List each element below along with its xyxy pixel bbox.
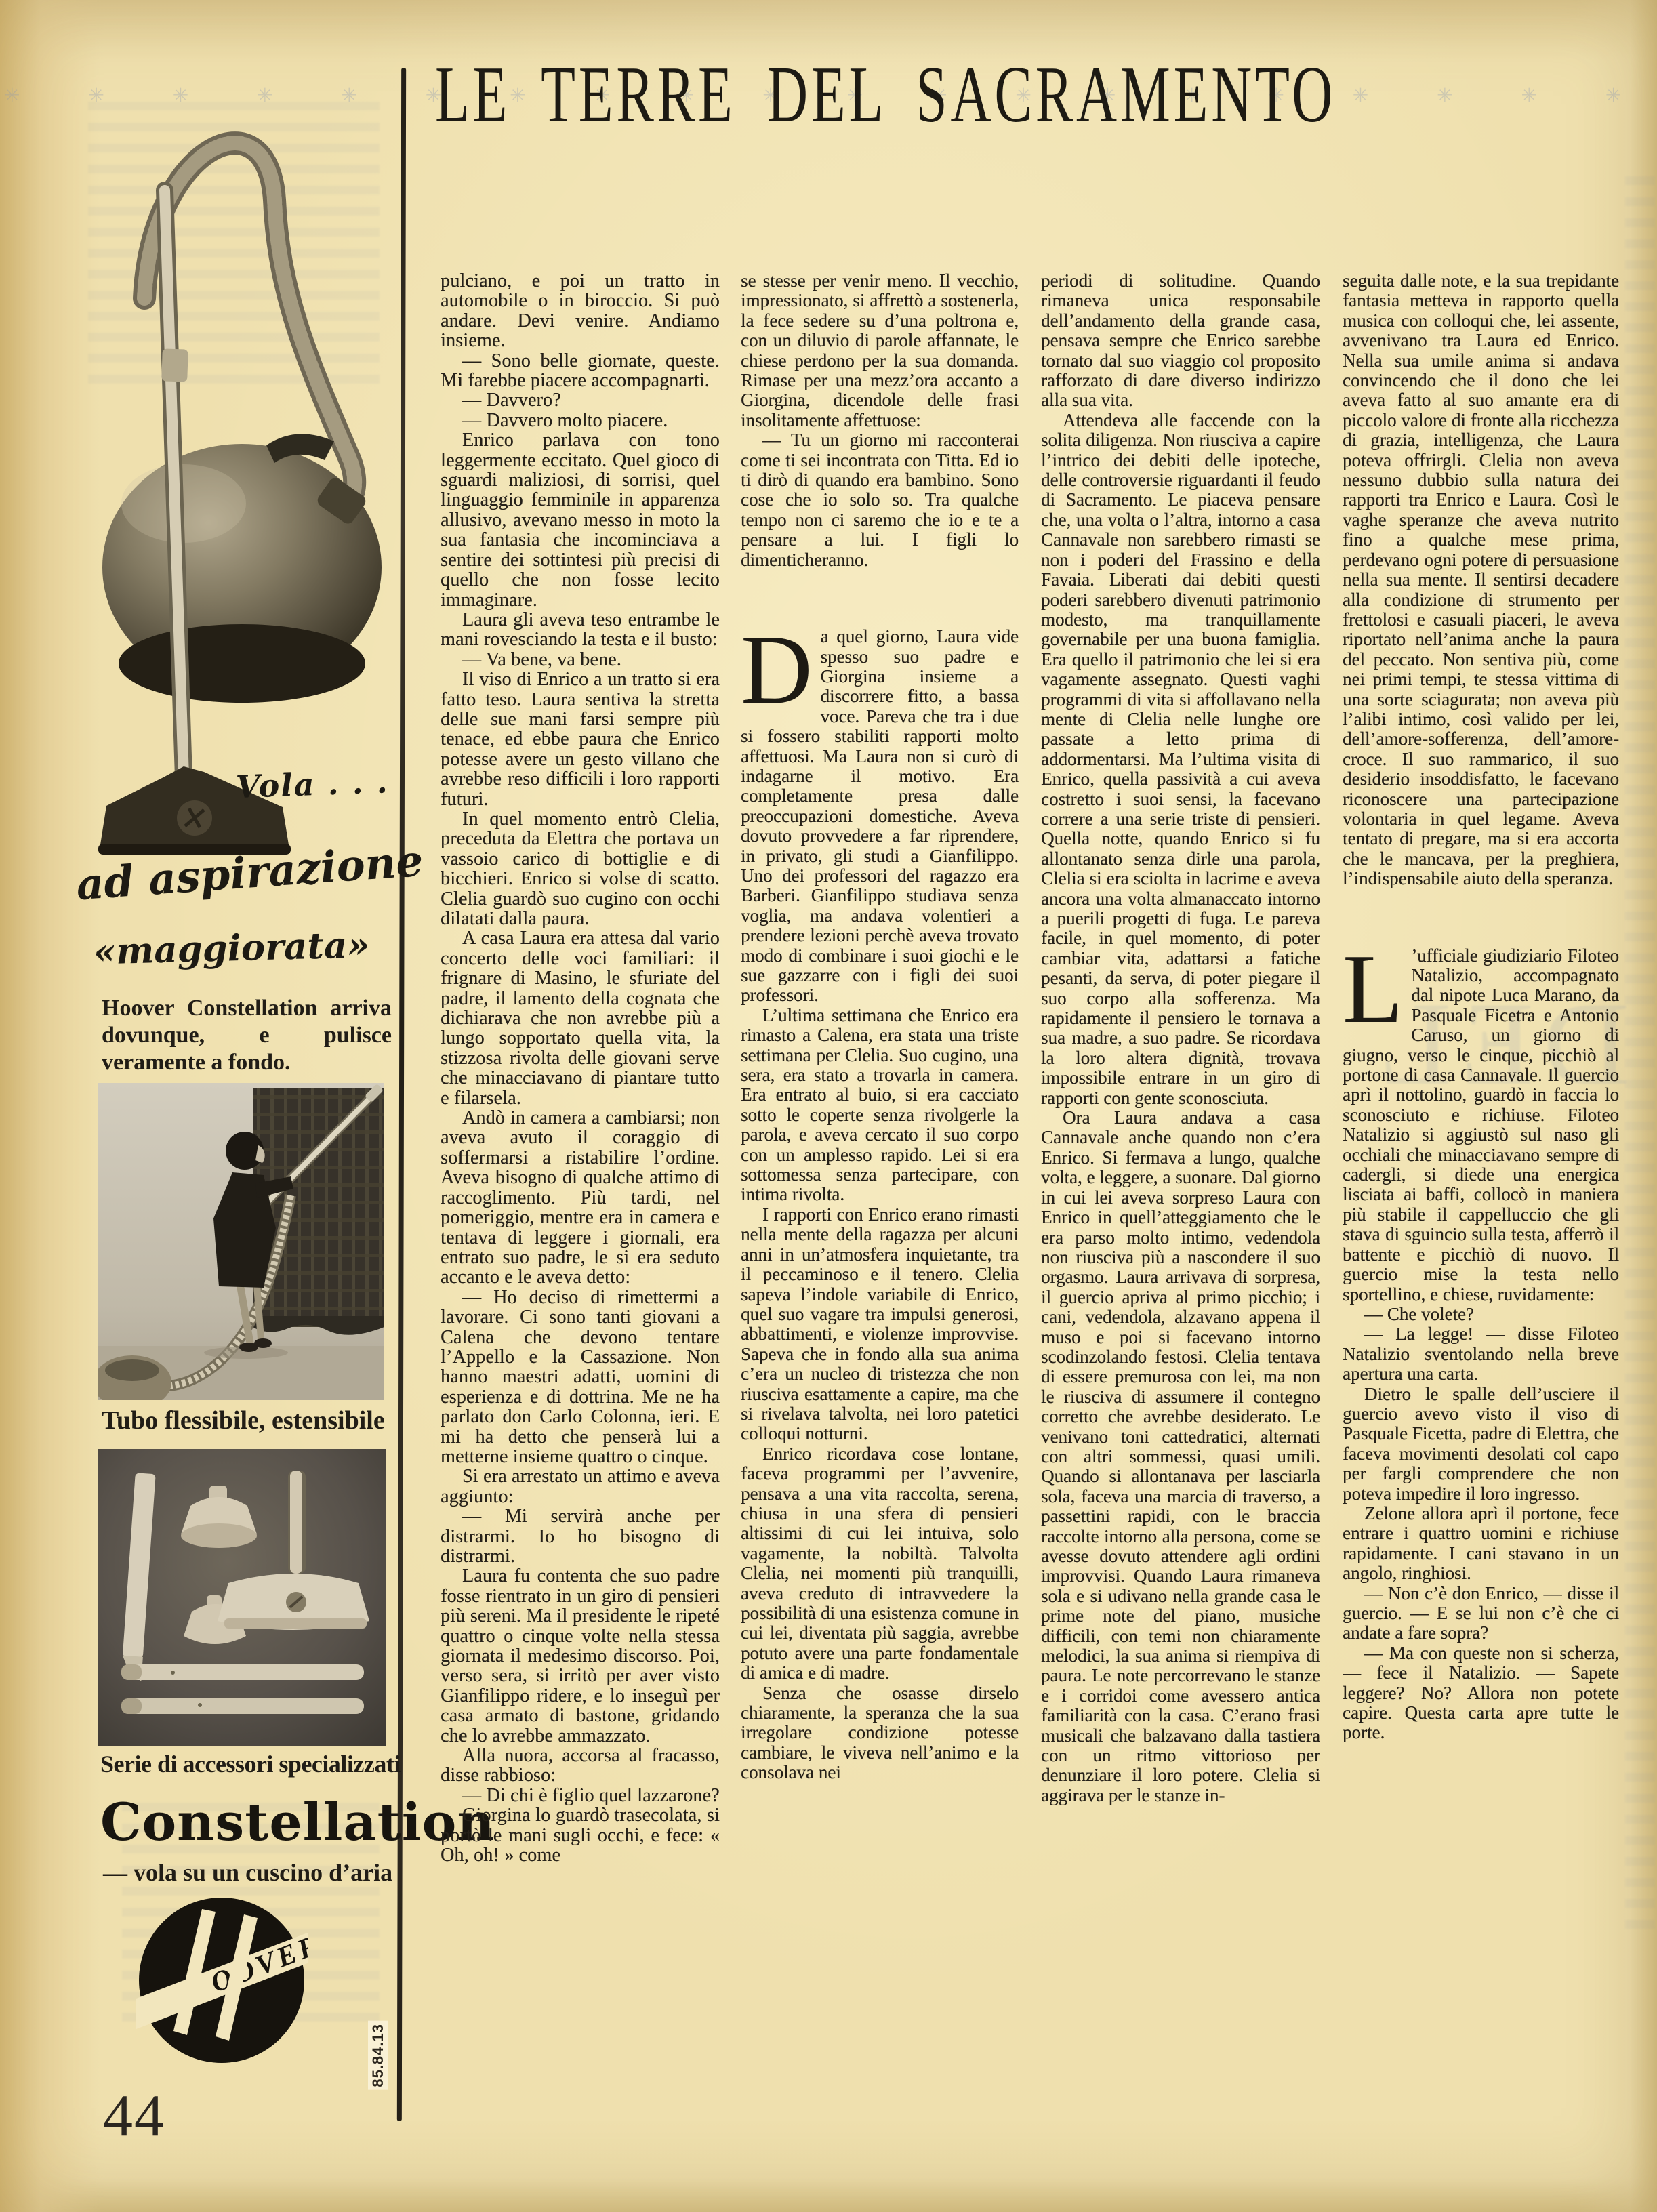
accessories-photo	[98, 1449, 386, 1746]
paragraph: In quel momento entrò Clelia, preceduta …	[441, 809, 720, 928]
paragraph: seguita dalle note, e la sua trepidante …	[1343, 271, 1619, 889]
paragraph: Enrico ricordava cose lontane, faceva pr…	[741, 1444, 1019, 1683]
paragraph: se stesse per venir meno. Il vecchio, im…	[741, 271, 1019, 430]
paragraph: Dietro le spalle dell’usciere il guercio…	[1343, 1385, 1619, 1504]
paragraph-with-dropcap: L’ufficiale giudiziario Filoteo Natalizi…	[1343, 946, 1619, 1305]
paragraph: — Davvero?	[441, 390, 720, 410]
hoover-logo: OOVER	[136, 1894, 308, 2067]
article-column-1: pulciano, e poi un tratto in automobile …	[441, 271, 720, 2204]
paragraph: — Ma con queste non si scherza, — fece i…	[1343, 1643, 1619, 1743]
paragraph: — Non c’è don Enrico, — disse il guercio…	[1343, 1584, 1619, 1643]
paragraph: — Tu un giorno mi racconterai come ti se…	[741, 430, 1019, 570]
article-column-3: periodi di solitudine. Quando rimaneva u…	[1041, 271, 1320, 1946]
ad-headline-maggiorata: «maggiorata»	[93, 923, 385, 972]
drop-cap: L	[1343, 946, 1411, 1027]
ad-body-text: Hoover Constellation arriva dovunque, e …	[102, 995, 392, 1076]
paragraph: Senza che osasse dirselo chiaramente, la…	[741, 1683, 1019, 1783]
paragraph: — Sono belle giornate, queste. Mi farebb…	[441, 351, 720, 391]
ad-caption-accessories: Serie di accessori specializzati	[100, 1750, 401, 1778]
paragraph: Enrico parlava con tono leggermente ecci…	[441, 430, 720, 610]
paragraph: Laura fu contenta che suo padre fosse ri…	[441, 1566, 720, 1746]
magazine-page: ✳ ✳ ✳ ✳ ✳ ✳ ✳ ✳ ✳ ✳ ✳ ✳ ✳ ✳ ✳ ✳ ✳ ✳ ✳ ✳ …	[0, 0, 1657, 2212]
curtain-cleaning-photo	[98, 1083, 384, 1400]
paragraph: Il viso di Enrico a un tratto si era fat…	[441, 670, 720, 809]
paragraph: — Di chi è figlio quel lazzarone?	[441, 1786, 720, 1805]
paragraph: Attendeva alle faccende con la solita di…	[1041, 411, 1320, 1108]
paragraph: periodi di solitudine. Quando rimaneva u…	[1041, 271, 1320, 411]
paragraph: Giorgina lo guardò trasecolata, si portò…	[441, 1805, 720, 1865]
vacuum-product-photo	[64, 64, 396, 867]
ad-headline-vola: Vola . . .	[235, 763, 396, 805]
paragraph: — Va bene, va bene.	[441, 650, 720, 670]
paragraph: — Mi servirà anche per distrarmi. Io ho …	[441, 1507, 720, 1566]
print-through-ghost	[1625, 176, 1655, 1938]
paragraph: Zelone allora aprì il portone, fece entr…	[1343, 1504, 1619, 1584]
paragraph: Ora Laura andava a casa Cannavale anche …	[1041, 1108, 1320, 1805]
paragraph: — La legge! — disse Filoteo Natalizio sv…	[1343, 1324, 1619, 1384]
paragraph: A casa Laura era attesa dal vario concer…	[441, 928, 720, 1108]
page-number: 44	[103, 2082, 165, 2150]
paragraph: I rapporti con Enrico erano rimasti nell…	[741, 1205, 1019, 1444]
article-column-2: se stesse per venir meno. Il vecchio, im…	[741, 271, 1019, 2011]
ad-tagline: — vola su un cuscino d’aria	[103, 1858, 392, 1887]
paragraph: Laura gli aveva teso entrambe le mani ro…	[441, 610, 720, 650]
paragraph: — Che volete?	[1343, 1305, 1619, 1324]
article-column-4: seguita dalle note, e la sua trepidante …	[1343, 271, 1619, 2053]
paragraph: — Davvero molto piacere.	[441, 411, 720, 430]
paragraph: — Ho deciso di rimettermi a lavorare. Ci…	[441, 1288, 720, 1467]
paragraph: L’ultima settimana che Enrico era rimast…	[741, 1006, 1019, 1205]
paragraph: Alla nuora, accorsa al fracasso, disse r…	[441, 1746, 720, 1786]
paragraph: pulciano, e poi un tratto in automobile …	[441, 271, 720, 351]
ad-caption-tube: Tubo flessibile, estensibile	[102, 1406, 385, 1435]
paragraph: Si era arrestato un attimo e aveva aggiu…	[441, 1467, 720, 1507]
paragraph-with-dropcap: Da quel giorno, Laura vide spesso suo pa…	[741, 627, 1019, 1006]
page-title: LE TERRE DEL SACRAMENTO	[435, 49, 1336, 141]
paragraph: Andò in camera a cambiarsi; non aveva av…	[441, 1108, 720, 1288]
ad-product-name: Constellation	[100, 1792, 495, 1852]
print-code: 85.84.13	[368, 2021, 388, 2090]
drop-cap: D	[741, 627, 820, 708]
